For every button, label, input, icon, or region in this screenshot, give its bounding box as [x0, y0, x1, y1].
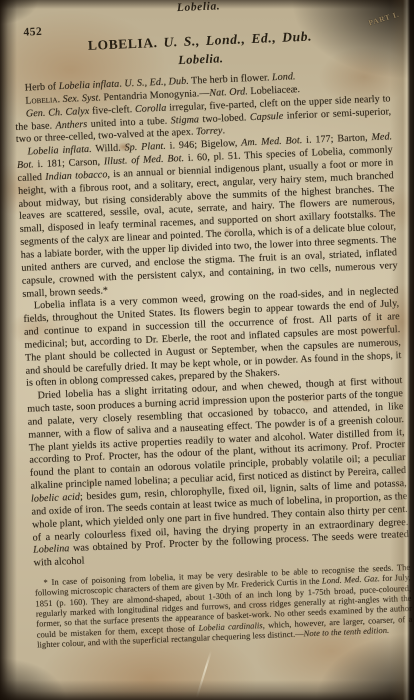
book-page-photo: Lobelia. 452 LOBELIA. U. S., Lond., Ed.,… [0, 0, 414, 700]
page-number: 452 [23, 26, 42, 39]
printed-matter: Lobelia. 452 LOBELIA. U. S., Lond., Ed.,… [10, 0, 414, 700]
paragraph-habitat-collection: Lobelia inflata is a very common weed, g… [23, 285, 402, 391]
footnote: * In case of poisoning from lobelia, it … [34, 562, 413, 650]
paragraph-properties-chemistry: Dried lobelia has a slight irritating od… [26, 375, 409, 570]
page-content: LOBELIA. U. S., Lond., Ed., Dub. Lobelia… [10, 0, 413, 650]
paragraph-botany: Lobelia inflata. Willd. Sp. Plant. i. 94… [16, 131, 398, 301]
body-text: Herb of Lobelia inflata. U. S., Ed., Dub… [14, 67, 410, 570]
book-page: Lobelia. 452 LOBELIA. U. S., Lond., Ed.,… [0, 0, 414, 700]
